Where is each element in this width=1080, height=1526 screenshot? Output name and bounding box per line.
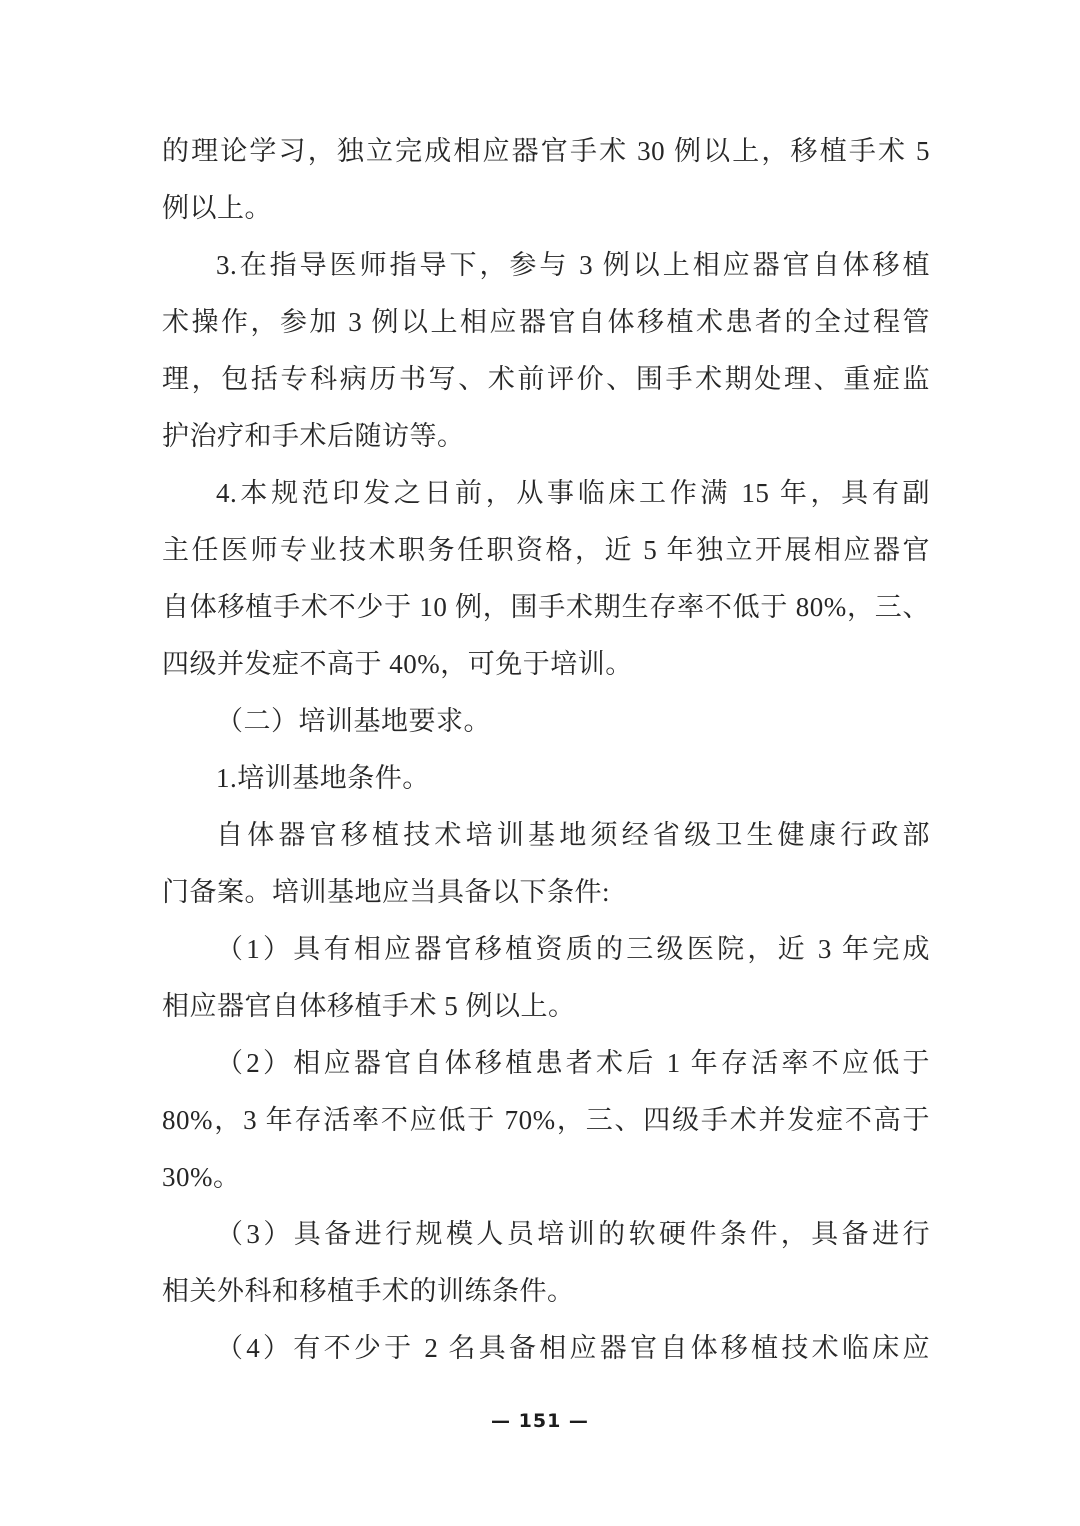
paragraph: （2）相应器官自体移植患者术后 1 年存活率不应低于80%，3 年存活率不应低于… [162,1035,930,1206]
text-line: 护治疗和手术后随访等。 [162,408,930,465]
text-line: 例以上。 [162,180,930,237]
text-line: 相应器官自体移植手术 5 例以上。 [162,978,930,1035]
text-block: 的理论学习，独立完成相应器官手术 30 例以上，移植手术 5例以上。3.在指导医… [162,123,930,1377]
document-page: 的理论学习，独立完成相应器官手术 30 例以上，移植手术 5例以上。3.在指导医… [0,0,1080,1526]
text-line: 相关外科和移植手术的训练条件。 [162,1263,930,1320]
text-line: （二）培训基地要求。 [162,693,930,750]
paragraph: （3）具备进行规模人员培训的软硬件条件，具备进行相关外科和移植手术的训练条件。 [162,1206,930,1320]
text-line: 30%。 [162,1149,930,1206]
text-line: 3.在指导医师指导下，参与 3 例以上相应器官自体移植 [162,237,930,294]
text-line: （3）具备进行规模人员培训的软硬件条件，具备进行 [162,1206,930,1263]
paragraph: 1.培训基地条件。 [162,750,930,807]
paragraph: 3.在指导医师指导下，参与 3 例以上相应器官自体移植术操作，参加 3 例以上相… [162,237,930,465]
text-line: （2）相应器官自体移植患者术后 1 年存活率不应低于 [162,1035,930,1092]
text-line: 的理论学习，独立完成相应器官手术 30 例以上，移植手术 5 [162,123,930,180]
text-line: 术操作，参加 3 例以上相应器官自体移植术患者的全过程管 [162,294,930,351]
paragraph: （4）有不少于 2 名具备相应器官自体移植技术临床应 [162,1320,930,1377]
text-line: 自体器官移植技术培训基地须经省级卫生健康行政部 [162,807,930,864]
text-line: 4.本规范印发之日前，从事临床工作满 15 年，具有副 [162,465,930,522]
paragraph: （二）培训基地要求。 [162,693,930,750]
paragraph: 自体器官移植技术培训基地须经省级卫生健康行政部门备案。培训基地应当具备以下条件: [162,807,930,921]
paragraph: 4.本规范印发之日前，从事临床工作满 15 年，具有副主任医师专业技术职务任职资… [162,465,930,693]
paragraph: （1）具有相应器官移植资质的三级医院，近 3 年完成相应器官自体移植手术 5 例… [162,921,930,1035]
text-line: 理，包括专科病历书写、术前评价、围手术期处理、重症监 [162,351,930,408]
page-footer: — 151 — [0,1410,1080,1432]
text-line: 四级并发症不高于 40%，可免于培训。 [162,636,930,693]
text-line: （4）有不少于 2 名具备相应器官自体移植技术临床应 [162,1320,930,1377]
text-line: 1.培训基地条件。 [162,750,930,807]
text-line: 门备案。培训基地应当具备以下条件: [162,864,930,921]
paragraph: 的理论学习，独立完成相应器官手术 30 例以上，移植手术 5例以上。 [162,123,930,237]
page-number: — 151 — [491,1410,589,1432]
text-line: 主任医师专业技术职务任职资格，近 5 年独立开展相应器官 [162,522,930,579]
text-line: 80%，3 年存活率不应低于 70%，三、四级手术并发症不高于 [162,1092,930,1149]
text-line: （1）具有相应器官移植资质的三级医院，近 3 年完成 [162,921,930,978]
text-line: 自体移植手术不少于 10 例，围手术期生存率不低于 80%，三、 [162,579,930,636]
